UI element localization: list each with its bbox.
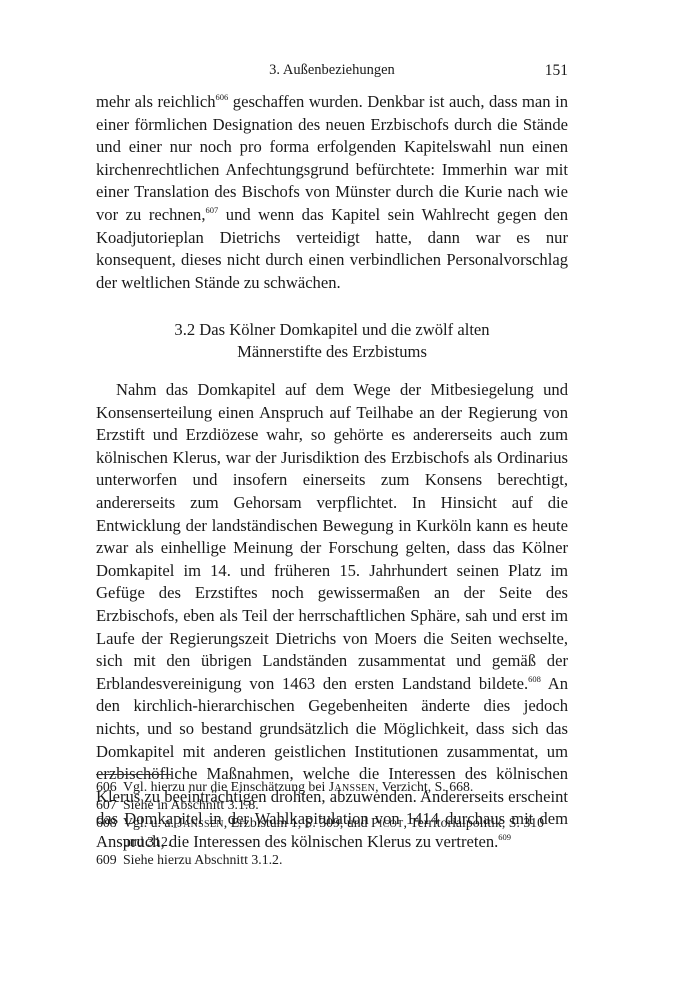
footnote-ref-607[interactable]: 607 — [206, 205, 219, 215]
section-heading-line-1: 3.2 Das Kölner Domkapitel und die zwölf … — [96, 319, 568, 341]
footnote-text: Vgl. u. a. Janssen, Erzbistum 1, S. 309,… — [123, 814, 568, 850]
paragraph-continued: mehr als reichlich606 geschaffen wurden.… — [96, 91, 568, 294]
footnote-606: 606 Vgl. hierzu nur die Einschätzung bei… — [96, 778, 568, 796]
page-number: 151 — [545, 62, 568, 80]
author-name: Janssen — [329, 779, 375, 794]
footnote-number: 609 — [96, 851, 123, 869]
running-head-title: 3. Außenbeziehungen — [96, 62, 568, 79]
footnotes: 606 Vgl. hierzu nur die Einschätzung bei… — [96, 778, 568, 869]
footnote-number: 608 — [96, 814, 123, 850]
section-heading-line-2: Männerstifte des Erzbistums — [96, 341, 568, 363]
section-heading: 3.2 Das Kölner Domkapitel und die zwölf … — [96, 319, 568, 363]
paragraph-text: Nahm das Domkapitel auf dem Wege der Mit… — [96, 380, 568, 693]
footnote-ref-608[interactable]: 608 — [528, 674, 541, 684]
author-name: Picot — [371, 815, 404, 830]
footnote-number: 606 — [96, 778, 123, 796]
footnote-609: 609 Siehe hierzu Abschnitt 3.1.2. — [96, 851, 568, 869]
footnote-text: Siehe hierzu Abschnitt 3.1.2. — [123, 851, 568, 869]
author-name: Janssen — [177, 815, 223, 830]
running-head: 3. Außenbeziehungen 151 — [96, 62, 568, 82]
footnote-608: 608 Vgl. u. a. Janssen, Erzbistum 1, S. … — [96, 814, 568, 850]
footnote-ref-606[interactable]: 606 — [216, 92, 229, 102]
footnote-607: 607 Siehe in Abschnitt 3.1.8. — [96, 796, 568, 814]
footnote-text: Siehe in Abschnitt 3.1.8. — [123, 796, 568, 814]
footnote-text: Vgl. hierzu nur die Einschätzung bei Jan… — [123, 778, 568, 796]
footnote-number: 607 — [96, 796, 123, 814]
footnote-divider — [96, 774, 171, 775]
paragraph-text: mehr als reichlich — [96, 92, 216, 111]
